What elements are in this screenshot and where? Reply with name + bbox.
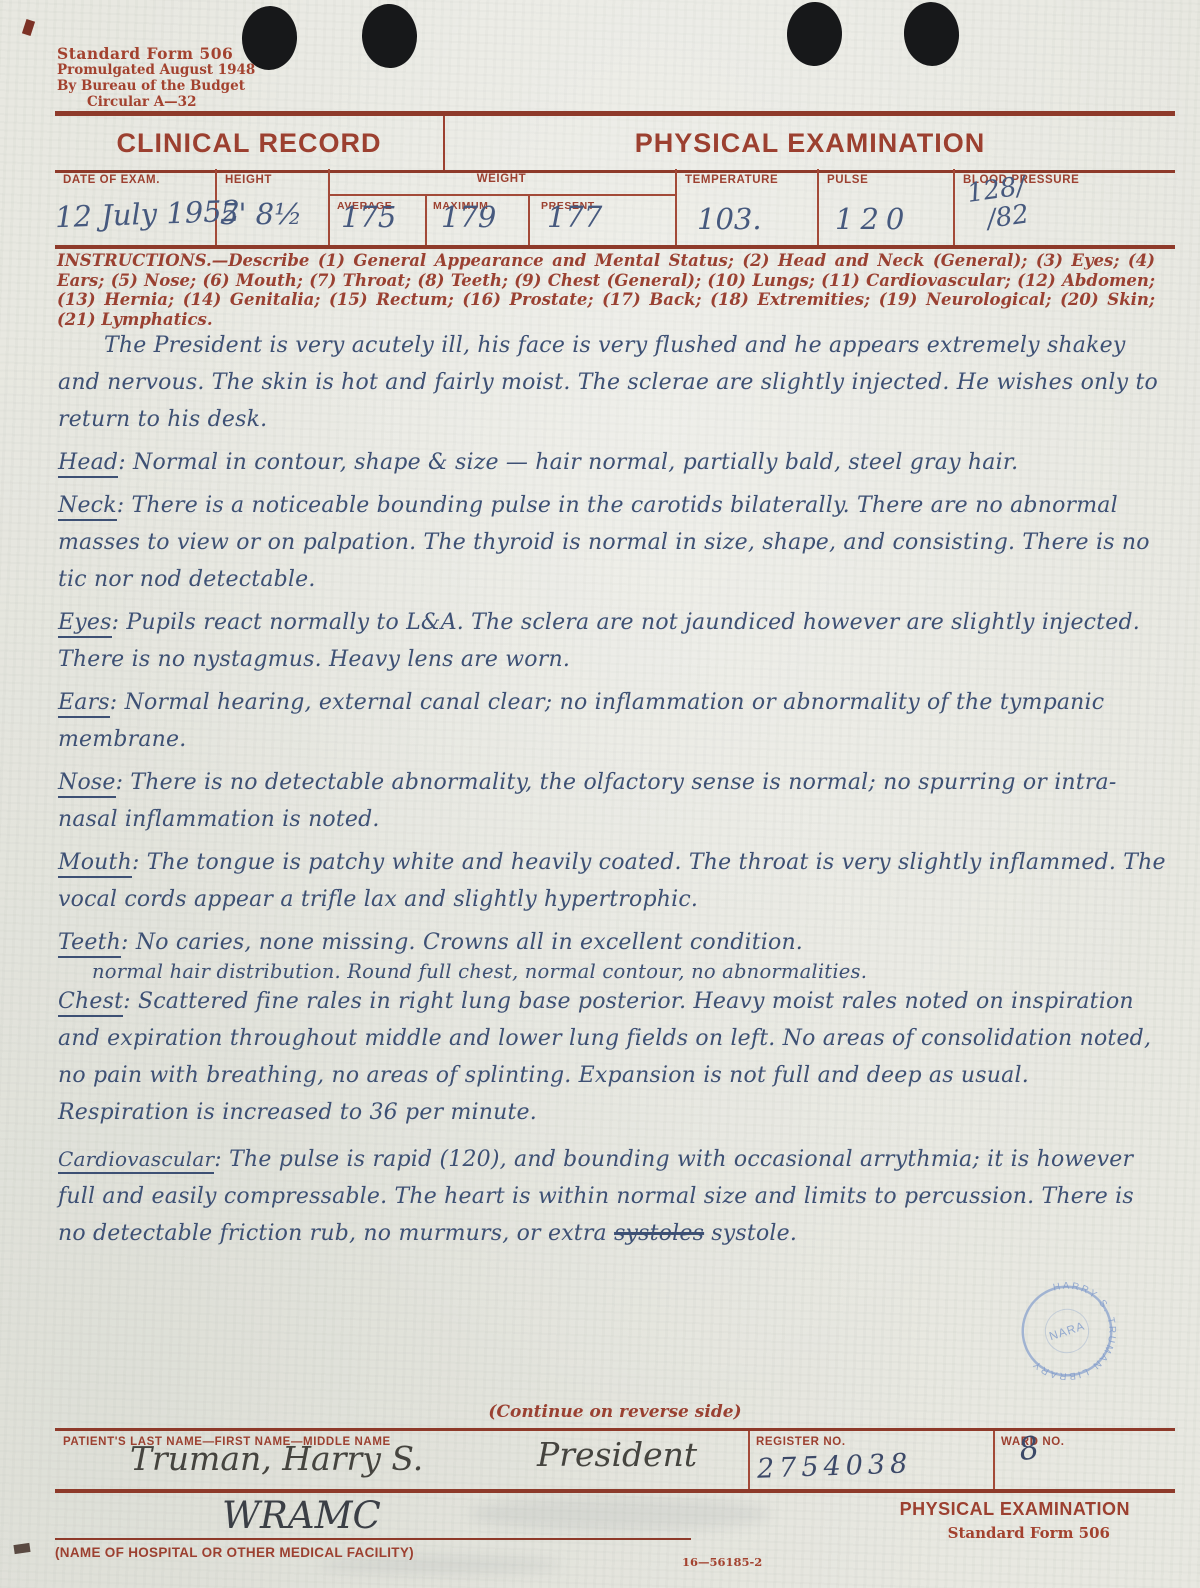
- facility-name-rule: [55, 1538, 691, 1540]
- column-divider: [748, 1431, 750, 1489]
- footer-physical-examination: PHYSICAL EXAMINATION: [900, 1499, 1130, 1520]
- print-code: 16—56185-2: [682, 1555, 762, 1569]
- ears-note: Ears: Normal hearing, external canal cle…: [58, 684, 1166, 758]
- cardiovascular-note: Cardiovascular: The pulse is rapid (120)…: [58, 1141, 1166, 1252]
- cardiovascular-text: : The pulse is rapid (120), and bounding…: [58, 1147, 1134, 1246]
- chest-label: Chest: [58, 989, 123, 1017]
- ink-bleed-smudge: [470, 1496, 770, 1532]
- punch-hole: [786, 1, 843, 67]
- crossed-out-word: systoles: [614, 1221, 704, 1246]
- nose-note: Nose: There is no detectable abnormality…: [58, 764, 1166, 838]
- punch-hole: [902, 0, 961, 68]
- column-divider: [953, 169, 955, 245]
- weight-header: WEIGHT: [328, 173, 675, 185]
- weight-maximum-value: 179: [441, 200, 496, 234]
- neck-text: : There is a noticeable bounding pulse i…: [58, 493, 1150, 592]
- weight-group-rule: [328, 194, 675, 196]
- cardiovascular-label: Cardiovascular: [58, 1147, 214, 1174]
- head-note: Head: Normal in contour, shape & size — …: [58, 444, 1166, 481]
- punch-hole: [360, 3, 418, 70]
- patient-name-value: Truman, Harry S.: [130, 1439, 423, 1478]
- form-bureau: By Bureau of the Budget: [57, 78, 255, 94]
- mouth-note: Mouth: The tongue is patchy white and he…: [58, 844, 1166, 918]
- mouth-text: : The tongue is patchy white and heavily…: [58, 850, 1166, 912]
- eyes-label: Eyes: [58, 610, 112, 638]
- truman-library-stamp: HARRY S. TRUMAN LIBRARY NARA: [993, 1257, 1142, 1406]
- column-divider: [993, 1431, 995, 1489]
- form-edition-block: Standard Form 506 Promulgated August 194…: [57, 46, 255, 110]
- weight-average-value: 175: [341, 200, 396, 234]
- neck-note: Neck: There is a noticeable bounding pul…: [58, 487, 1166, 598]
- column-divider: [425, 196, 427, 245]
- footer-standard-form: Standard Form 506: [948, 1524, 1110, 1542]
- height-header: HEIGHT: [225, 174, 272, 186]
- pulse-header: PULSE: [827, 174, 868, 186]
- physical-examination-title: PHYSICAL EXAMINATION: [445, 116, 1175, 170]
- stamp-center-text: NARA: [1047, 1319, 1086, 1344]
- teeth-note: Teeth: No caries, none missing. Crowns a…: [58, 924, 1166, 961]
- register-no-value: 2754038: [757, 1448, 913, 1484]
- instructions-paragraph: INSTRUCTIONS.—Describe (1) General Appea…: [57, 251, 1155, 329]
- cardiovascular-text-end: systole.: [704, 1221, 797, 1246]
- patient-title-value: President: [537, 1435, 697, 1474]
- mouth-label: Mouth: [58, 850, 132, 878]
- scanned-clinical-record-page: Standard Form 506 Promulgated August 194…: [0, 0, 1200, 1588]
- ears-label: Ears: [58, 690, 110, 718]
- register-no-header: REGISTER NO.: [756, 1436, 846, 1448]
- chest-note: Chest: Scattered fine rales in right lun…: [58, 983, 1166, 1131]
- chest-inserted-line: normal hair distribution. Round full che…: [92, 961, 1166, 983]
- general-appearance-note: The President is very acutely ill, his f…: [58, 327, 1166, 438]
- nose-label: Nose: [58, 770, 116, 798]
- neck-label: Neck: [58, 493, 117, 521]
- date-of-exam-header: DATE OF EXAM.: [63, 174, 160, 186]
- ears-text: : Normal hearing, external canal clear; …: [58, 690, 1104, 752]
- teeth-label: Teeth: [58, 930, 121, 958]
- eyes-text: : Pupils react normally to L&A. The scle…: [58, 610, 1140, 672]
- temperature-header: TEMPERATURE: [685, 174, 778, 186]
- patient-identification-row: PATIENT'S LAST NAME—FIRST NAME—MIDDLE NA…: [55, 1428, 1175, 1493]
- blood-pressure-diastolic-value: /82: [985, 199, 1031, 235]
- pulse-value: 120: [835, 202, 911, 236]
- continue-on-reverse-note: (Continue on reverse side): [55, 1402, 1175, 1422]
- head-text: : Normal in contour, shape & size — hair…: [118, 450, 1018, 475]
- edge-mark: [22, 19, 35, 36]
- edge-mark: [13, 1543, 30, 1554]
- title-bar: CLINICAL RECORD PHYSICAL EXAMINATION: [55, 111, 1175, 173]
- teeth-text: : No caries, none missing. Crowns all in…: [121, 930, 803, 955]
- form-number: Standard Form 506: [57, 46, 255, 62]
- chest-text: : Scattered fine rales in right lung bas…: [58, 989, 1151, 1125]
- facility-name-value: WRAMC: [222, 1494, 381, 1537]
- form-promulgated: Promulgated August 1948: [57, 62, 255, 78]
- vitals-table: DATE OF EXAM. HEIGHT WEIGHT AVERAGE MAXI…: [55, 169, 1175, 249]
- clinical-record-title: CLINICAL RECORD: [55, 116, 445, 170]
- head-label: Head: [58, 450, 118, 478]
- date-of-exam-value: 12 July 1952: [54, 194, 240, 234]
- form-circular: Circular A—32: [57, 94, 255, 110]
- column-divider: [817, 169, 819, 245]
- nose-text: : There is no detectable abnormality, th…: [58, 770, 1117, 832]
- eyes-note: Eyes: Pupils react normally to L&A. The …: [58, 604, 1166, 678]
- facility-name-label: (NAME OF HOSPITAL OR OTHER MEDICAL FACIL…: [55, 1545, 414, 1560]
- handwritten-notes: The President is very acutely ill, his f…: [58, 327, 1166, 1258]
- height-value: 5' 8½: [220, 197, 302, 231]
- column-divider: [675, 169, 677, 245]
- temperature-value: 103.: [697, 202, 762, 236]
- column-divider: [528, 196, 530, 245]
- weight-present-value: 177: [547, 200, 602, 234]
